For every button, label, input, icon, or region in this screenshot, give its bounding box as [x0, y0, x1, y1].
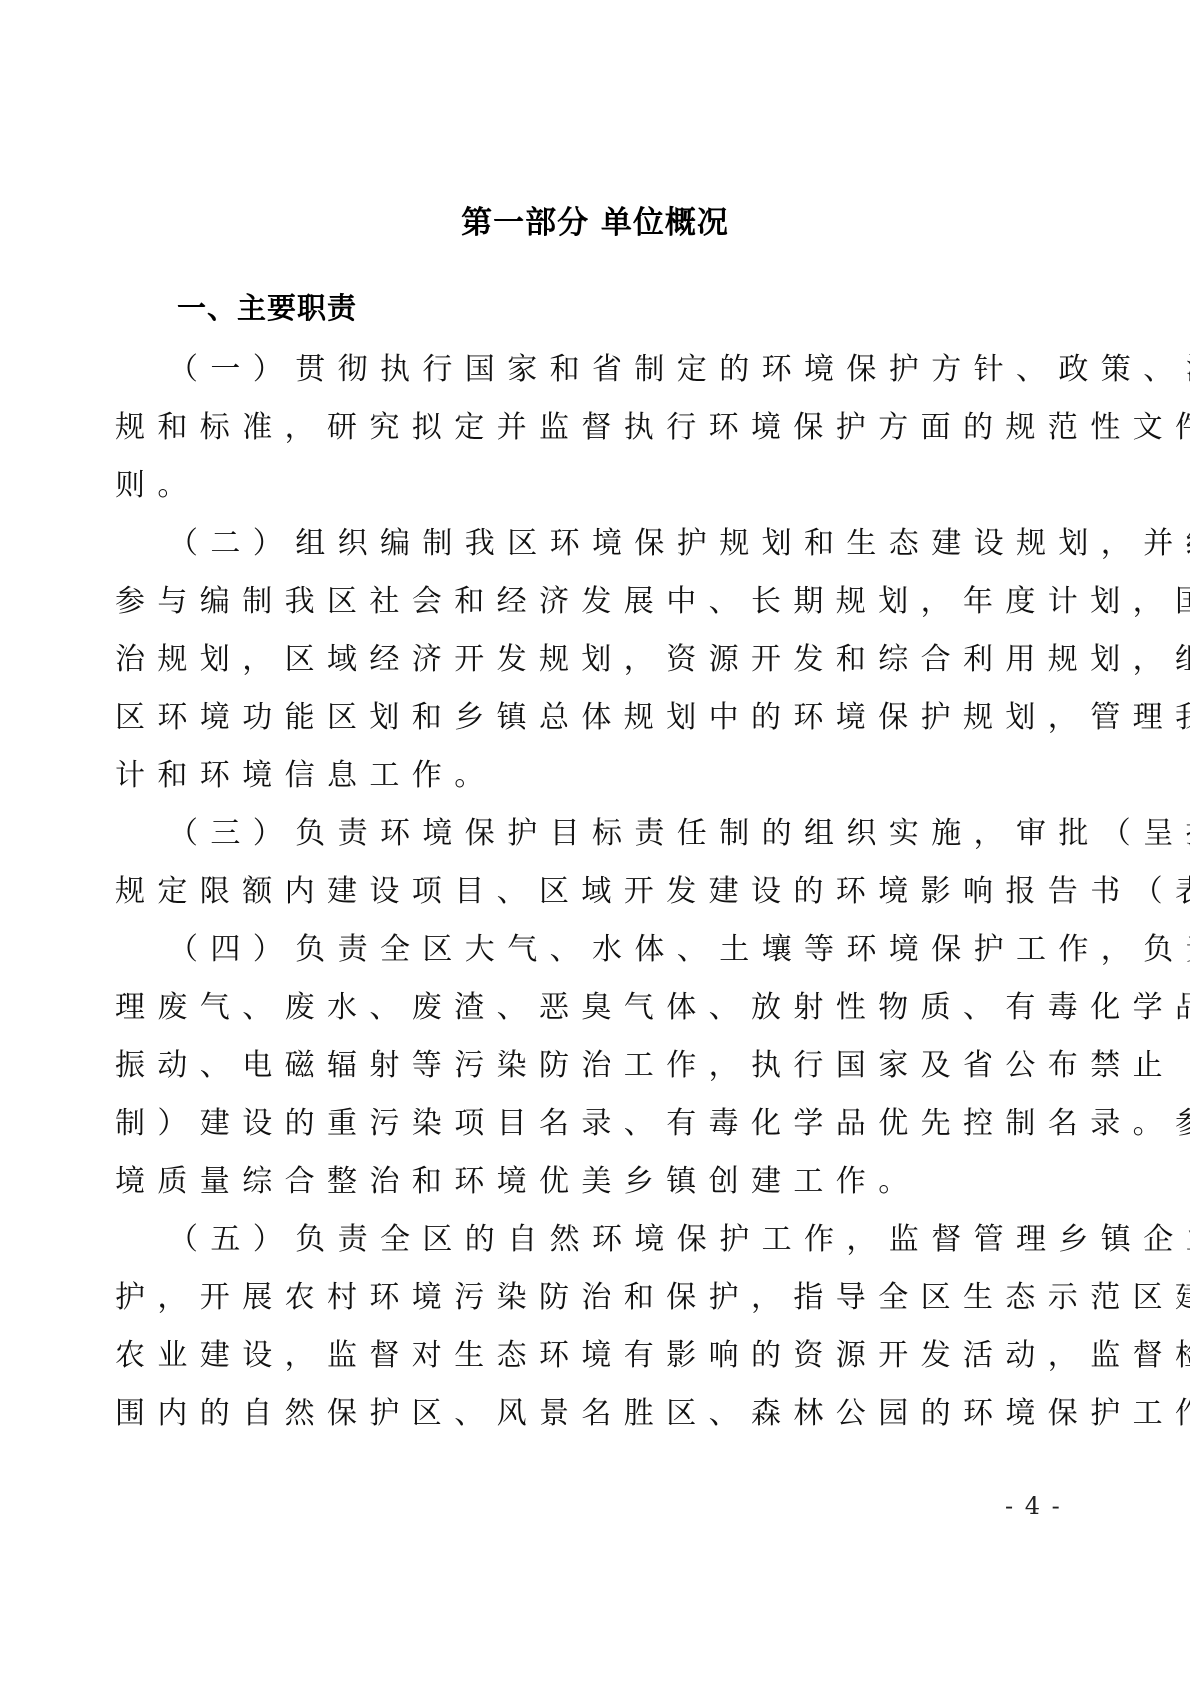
- paragraph-5-line-3: 农业建设，监督对生态环境有影响的资源开发活动，监督检查全区范: [115, 1334, 1075, 1392]
- paragraph-4-line-4: 制）建设的重污染项目名录、有毒化学品优先控制名录。参与城区环: [115, 1102, 1075, 1160]
- paragraph-4-line-5: 境质量综合整治和环境优美乡镇创建工作。: [115, 1160, 1075, 1218]
- document-page: 第一部分 单位概况 一、主要职责 （一）贯彻执行国家和省制定的环境保护方针、政策…: [0, 0, 1190, 1683]
- page-number: - 4 -: [1005, 1488, 1105, 1524]
- paragraph-2-line-4: 区环境功能区划和乡镇总体规划中的环境保护规划，管理我区环境统: [115, 696, 1075, 754]
- paragraph-4-line-3: 振动、电磁辐射等污染防治工作，执行国家及省公布禁止（或严格限: [115, 1044, 1075, 1102]
- paragraph-3-line-2: 规定限额内建设项目、区域开发建设的环境影响报告书（表）。: [115, 870, 1075, 928]
- section-heading: 一、主要职责: [177, 286, 357, 330]
- paragraph-5-line-2: 护，开展农村环境污染防治和保护，指导全区生态示范区建设和生态: [115, 1276, 1075, 1334]
- paragraph-2-line-3: 治规划，区域经济开发规划，资源开发和综合利用规划，组织编制全: [115, 638, 1075, 696]
- paragraph-3-line-1: （三）负责环境保护目标责任制的组织实施，审批（呈报）辖区: [115, 812, 1075, 870]
- paragraph-4-line-2: 理废气、废水、废渣、恶臭气体、放射性物质、有毒化学品以及噪声、: [115, 986, 1075, 1044]
- body-text: （一）贯彻执行国家和省制定的环境保护方针、政策、法律、法 规和标准，研究拟定并监…: [115, 348, 1075, 1450]
- paragraph-2-line-2: 参与编制我区社会和经济发展中、长期规划，年度计划，国土开发整: [115, 580, 1075, 638]
- paragraph-2-line-5: 计和环境信息工作。: [115, 754, 1075, 812]
- paragraph-1-line-3: 则。: [115, 464, 1075, 522]
- paragraph-1-line-2: 规和标准，研究拟定并监督执行环境保护方面的规范性文件和实施细: [115, 406, 1075, 464]
- paragraph-5-line-4: 围内的自然保护区、风景名胜区、森林公园的环境保护工作；监督检: [115, 1392, 1075, 1450]
- page-title: 第一部分 单位概况: [0, 200, 1190, 246]
- paragraph-2-line-1: （二）组织编制我区环境保护规划和生态建设规划，并组织实施，: [115, 522, 1075, 580]
- paragraph-1-line-1: （一）贯彻执行国家和省制定的环境保护方针、政策、法律、法: [115, 348, 1075, 406]
- paragraph-5-line-1: （五）负责全区的自然环境保护工作，监督管理乡镇企业环境保: [115, 1218, 1075, 1276]
- paragraph-4-line-1: （四）负责全区大气、水体、土壤等环境保护工作，负责监督管: [115, 928, 1075, 986]
